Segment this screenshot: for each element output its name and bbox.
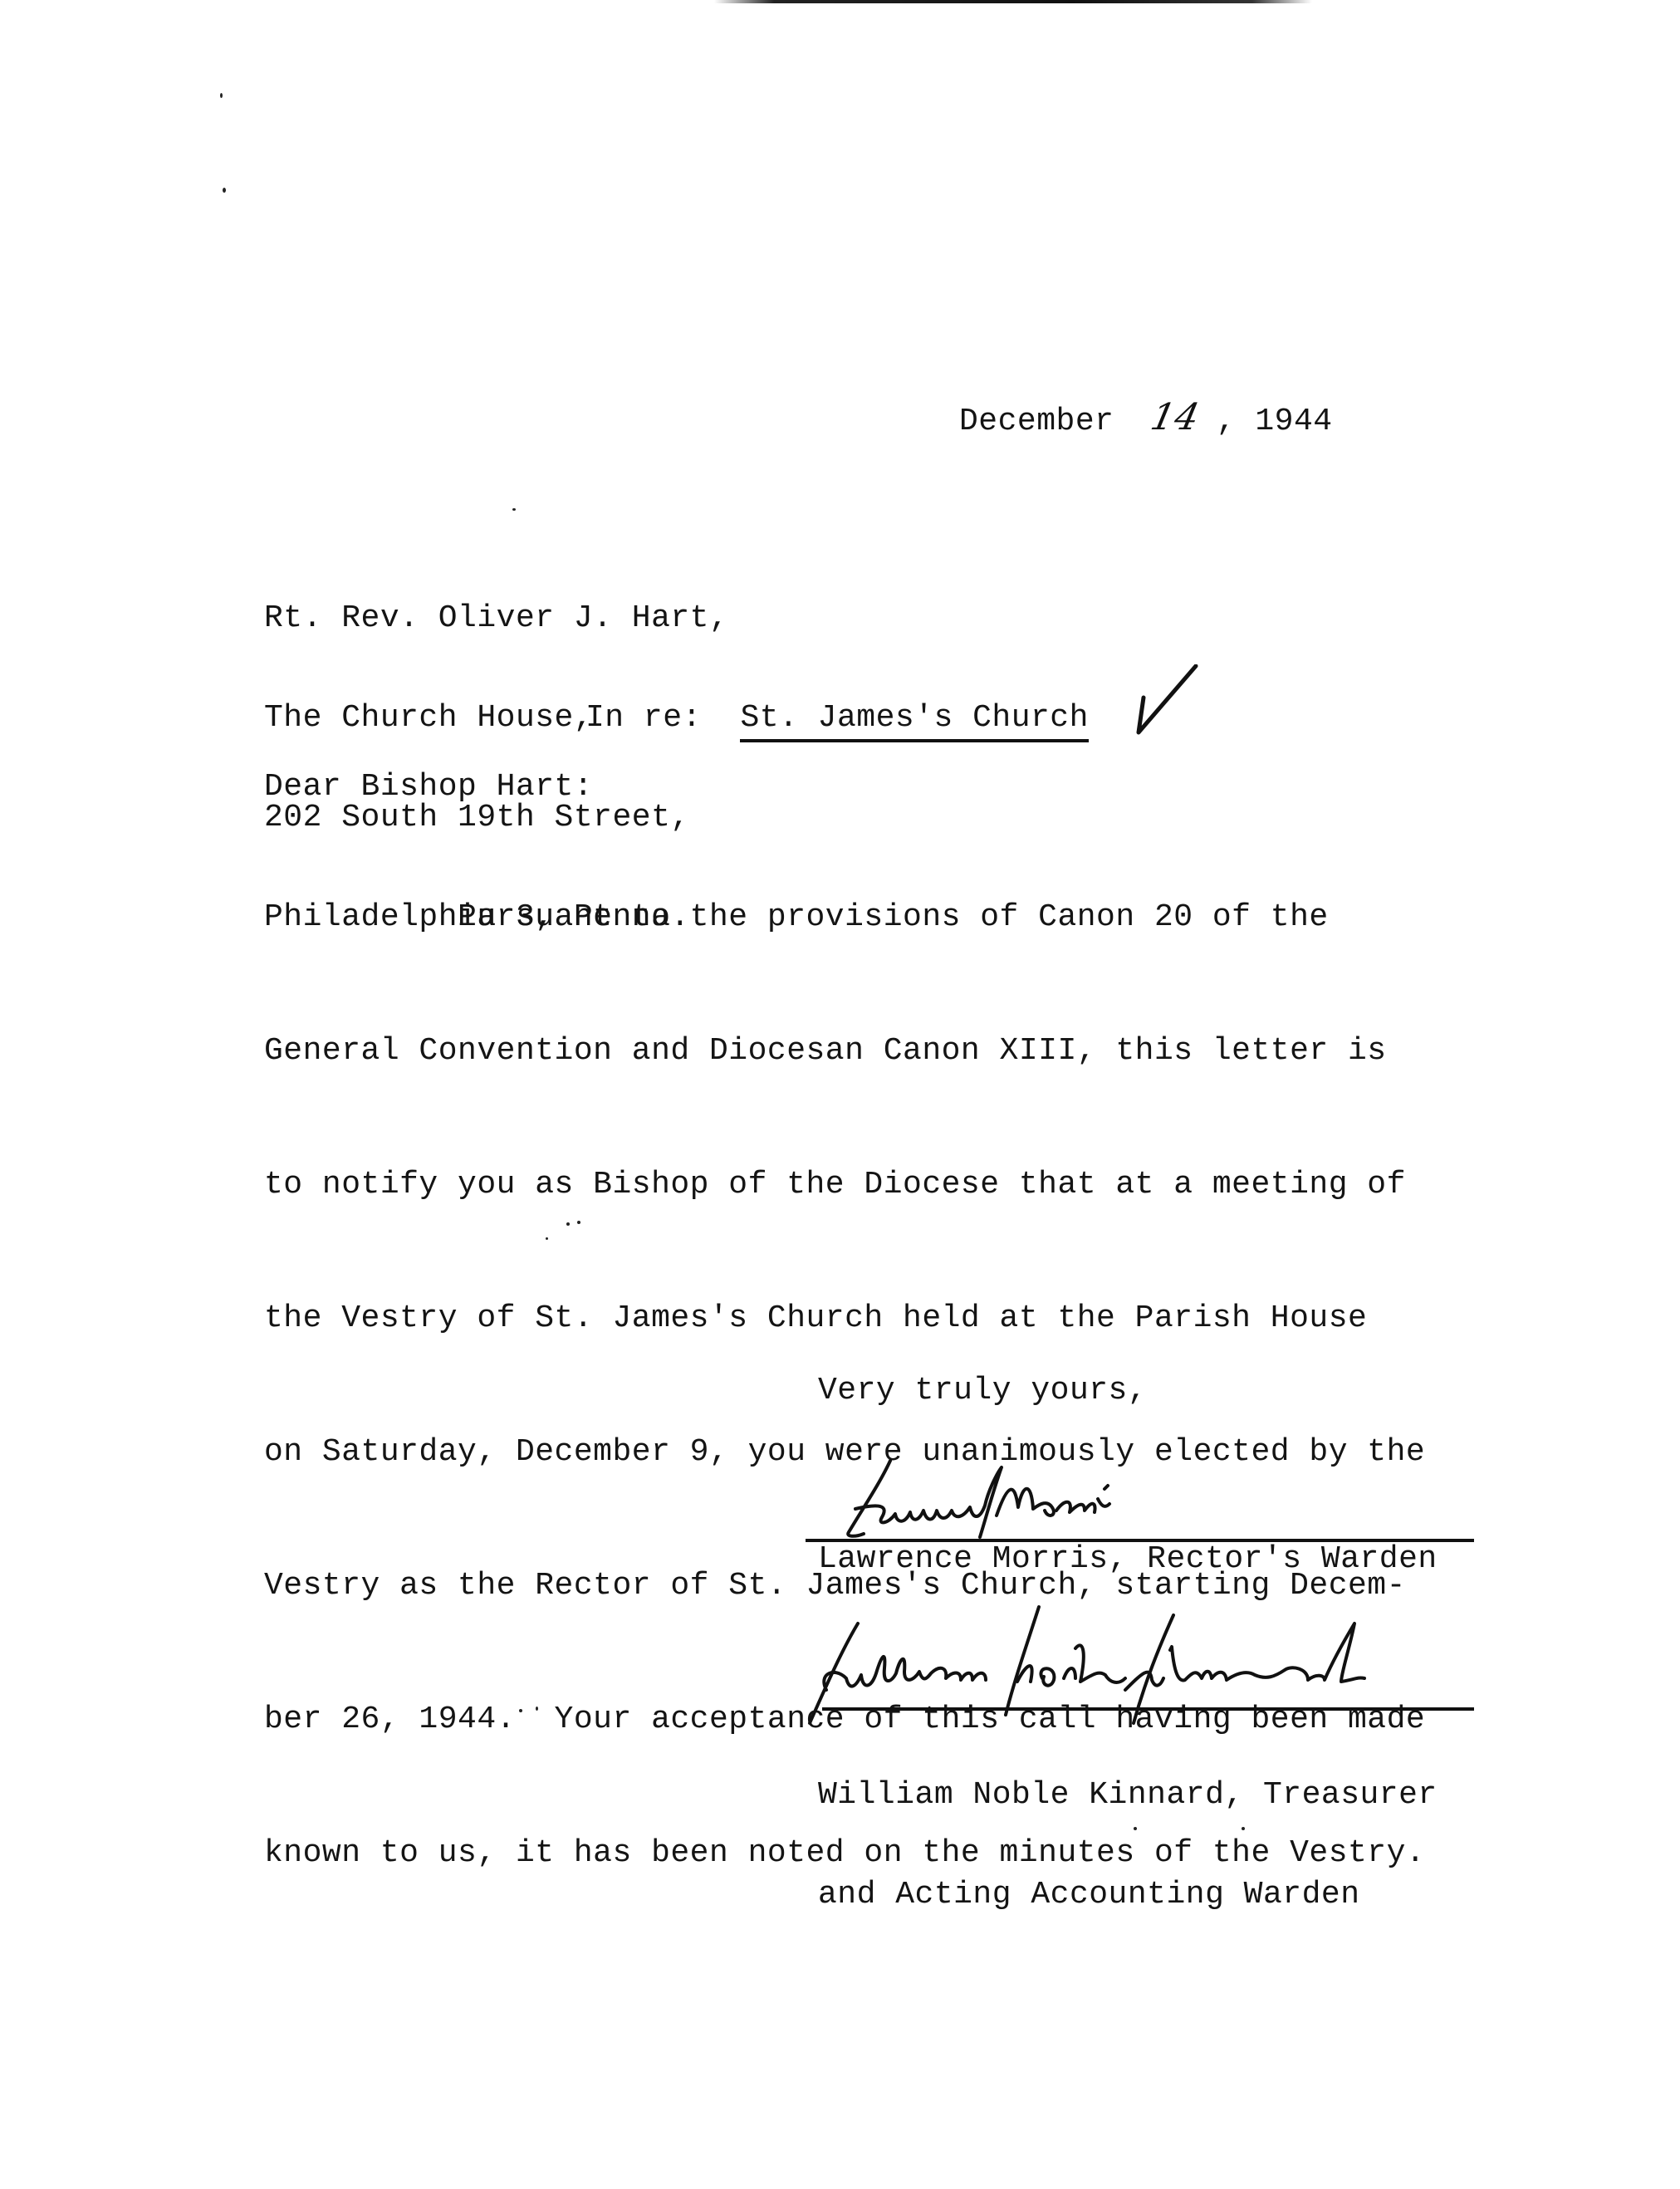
salutation: Dear Bishop Hart:	[264, 771, 593, 804]
body-line: the Vestry of St. James's Church held at…	[264, 1302, 1425, 1369]
body-line: Pursuant to the provisions of Canon 20 o…	[264, 901, 1425, 968]
signatory-line: and Acting Accounting Warden	[818, 1878, 1438, 1912]
signature-lawrence-morris	[830, 1457, 1329, 1540]
signatory-name-title: William Noble Kinnard, Treasurer and Act…	[818, 1712, 1438, 1978]
scan-speck	[1134, 1827, 1137, 1830]
scan-speck	[223, 188, 226, 193]
closing: Very truly yours,	[818, 1374, 1147, 1408]
scan-edge-artifact	[714, 0, 1312, 3]
scan-speck	[220, 93, 223, 98]
in-re-label: In re:	[585, 700, 702, 736]
date-month: December	[959, 404, 1114, 439]
signatory-name-title: Lawrence Morris, Rector's Warden	[818, 1543, 1438, 1576]
signature-line	[822, 1707, 1474, 1711]
in-re-line: In re: St. James's Church	[585, 702, 1089, 735]
signature-william-noble-kinnard	[776, 1599, 1557, 1731]
scan-speck	[536, 1707, 538, 1711]
date-year: , 1944	[1217, 404, 1333, 439]
body-line: General Convention and Diocesan Canon XI…	[264, 1035, 1425, 1102]
in-re-subject: St. James's Church	[740, 700, 1088, 742]
address-line: 202 South 19th Street,	[264, 801, 728, 835]
scan-speck	[577, 1221, 580, 1224]
scan-speck	[566, 1222, 570, 1226]
letter-page: December 14, 1944 Rt. Rev. Oliver J. Har…	[0, 0, 1680, 2189]
check-mark-icon	[1134, 664, 1208, 739]
scan-speck	[546, 1237, 548, 1240]
date-day-handwritten: 14	[1129, 401, 1220, 434]
scan-speck	[519, 1709, 522, 1712]
address-line: Rt. Rev. Oliver J. Hart,	[264, 602, 728, 635]
scan-speck	[512, 508, 516, 511]
body-line: to notify you as Bishop of the Diocese t…	[264, 1168, 1425, 1236]
letter-date: December 14, 1944	[959, 401, 1333, 438]
signatory-line: William Noble Kinnard, Treasurer	[818, 1779, 1438, 1812]
scan-speck	[1242, 1827, 1245, 1830]
